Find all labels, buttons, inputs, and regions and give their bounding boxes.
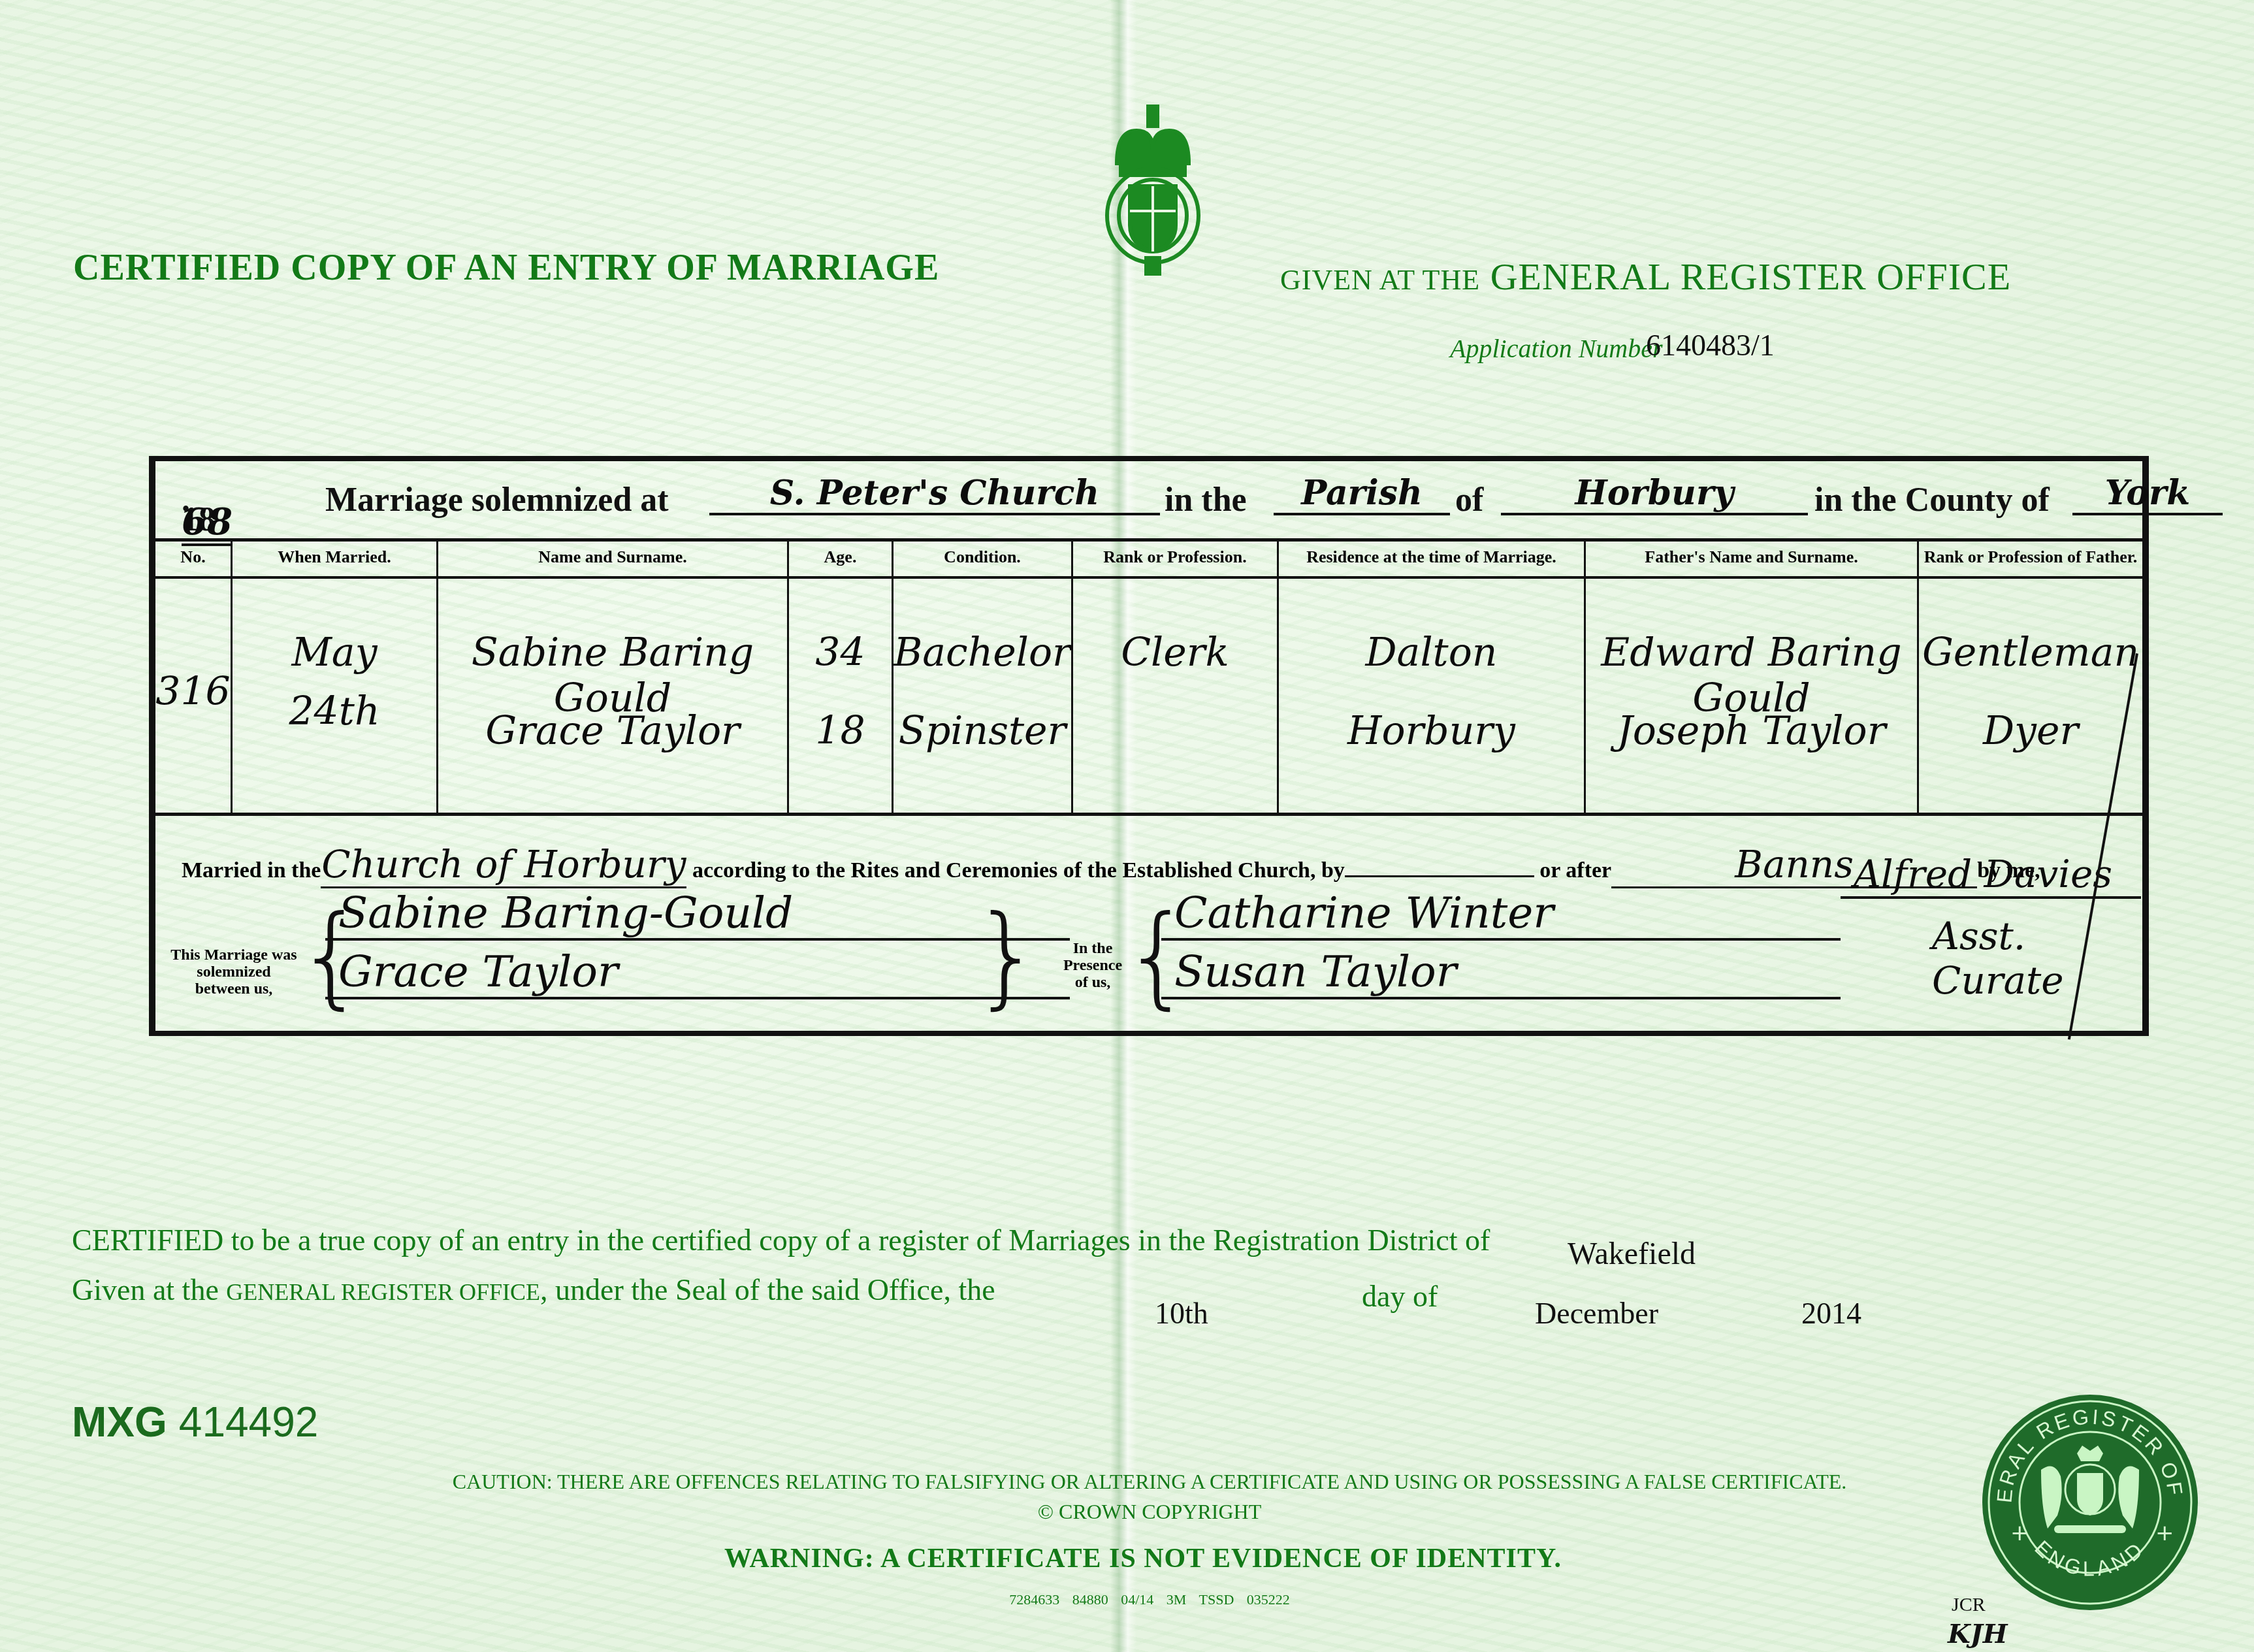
when-married-month: May	[233, 630, 436, 675]
column-header: No.	[155, 538, 231, 579]
bride-father-rank: Dyer	[1919, 708, 2142, 754]
serial-number: 414492	[179, 1399, 319, 1446]
register-attestation: Married in theChurch of Horbury accordin…	[155, 813, 2142, 1031]
married-in-label: Married in the	[182, 858, 321, 883]
given-at-prefix: Given at the	[72, 1273, 219, 1306]
certification-statement: CERTIFIED to be a true copy of an entry …	[72, 1223, 1490, 1257]
parish-value: Horbury	[1501, 473, 1808, 515]
general-register-office-seal-icon: GENERAL REGISTER OFFICE ENGLAND + +	[1979, 1391, 2201, 1613]
solemnized-label: Marriage solemnized at	[325, 481, 669, 519]
bride-age: 18	[789, 708, 892, 754]
column-header: When Married.	[233, 538, 436, 579]
groom-rank: Clerk	[1073, 630, 1277, 675]
register-heading: 1868. Marriage solemnized at S. Peter's …	[155, 461, 2142, 542]
royal-crest-icon	[1097, 101, 1208, 278]
column-header: Rank or Profession of Father.	[1919, 538, 2142, 579]
column-residence: Residence at the time of Marriage. Dalto…	[1279, 538, 1586, 813]
serial-prefix: MXG	[72, 1399, 167, 1446]
marriage-register-entry: 1868. Marriage solemnized at S. Peter's …	[149, 456, 2149, 1036]
witness-signature-1: Catharine Winter	[1161, 888, 1841, 941]
identity-warning: WARNING: A CERTIFICATE IS NOT EVIDENCE O…	[653, 1543, 1633, 1574]
given-at-statement: Given at the General Register Office, un…	[72, 1272, 995, 1307]
groom-father-rank: Gentleman	[1919, 630, 2142, 675]
given-at-office: General Register Office	[226, 1279, 540, 1305]
parish-type-value: Parish	[1274, 473, 1450, 515]
certificate-title: CERTIFIED COPY OF AN ENTRY OF MARRIAGE	[73, 247, 939, 289]
column-age: Age. 34 18	[789, 538, 894, 813]
certificate-serial: MXG414492	[72, 1398, 318, 1446]
svg-text:+: +	[2010, 1520, 2029, 1546]
general-register-office-heading: Given at the GENERAL REGISTER OFFICE	[1280, 255, 2011, 299]
application-number: 6140483/1	[1646, 328, 1775, 363]
right-brace: }	[972, 901, 1042, 1012]
witness-signature-2: Susan Taylor	[1161, 947, 1841, 999]
day-of-label: day of	[1362, 1279, 1438, 1314]
column-header: Rank or Profession.	[1073, 538, 1277, 579]
bride-name: Grace Taylor	[438, 708, 787, 754]
entry-number: 316	[155, 669, 231, 715]
groom-father: Edward Baring Gould	[1586, 630, 1917, 721]
rites-label: according to the Rites and Ceremonies of…	[692, 858, 1345, 883]
married-in-line: Married in theChurch of Horbury accordin…	[182, 842, 2040, 888]
clerk-signature: KJH	[1948, 1619, 2007, 1649]
column-no: No. 316	[155, 538, 233, 813]
column-rank: Rank or Profession. Clerk	[1073, 538, 1279, 813]
column-condition: Condition. Bachelor Spinster	[894, 538, 1073, 813]
column-father-rank: Rank or Profession of Father. Gentleman …	[1919, 538, 2142, 813]
when-married-day: 24th	[233, 688, 436, 734]
or-after-value: Banns	[1735, 842, 1854, 886]
column-header: Age.	[789, 538, 892, 579]
groom-age: 34	[789, 630, 892, 675]
registration-district: Wakefield	[1568, 1236, 1696, 1272]
officiant-title: Asst. Curate	[1932, 914, 2142, 1003]
county-label: in the County of	[1814, 481, 2050, 519]
presence-label: In the Presence of us,	[1057, 940, 1129, 991]
bride-father: Joseph Taylor	[1586, 708, 1917, 754]
bride-residence: Horbury	[1279, 708, 1584, 754]
issue-month: December	[1535, 1296, 1658, 1331]
groom-condition: Bachelor	[894, 630, 1071, 675]
county-value: York	[2072, 473, 2223, 515]
issue-day: 10th	[1155, 1296, 1208, 1331]
or-after-label: or after	[1539, 858, 1611, 883]
in-the-label: in the	[1165, 481, 1247, 519]
year: 1868.	[182, 481, 190, 519]
application-number-label: Application Number	[1450, 333, 1663, 364]
given-at-suffix: , under the Seal of the said Office, the	[540, 1273, 995, 1306]
column-name: Name and Surname. Sabine Baring Gould Gr…	[438, 538, 789, 813]
column-when-married: When Married. May 24th	[233, 538, 438, 813]
column-header: Condition.	[894, 538, 1071, 579]
column-header: Residence at the time of Marriage.	[1279, 538, 1584, 579]
of-label: of	[1455, 481, 1483, 519]
groom-residence: Dalton	[1279, 630, 1584, 675]
svg-text:+: +	[2155, 1520, 2174, 1546]
bride-signature: Grace Taylor	[325, 947, 1070, 999]
between-us-label: This Marriage was solemnized between us,	[169, 947, 299, 997]
column-father-name: Father's Name and Surname. Edward Baring…	[1586, 538, 1919, 813]
register-columns: No. 316 When Married. May 24th Name and …	[155, 538, 2142, 813]
heading-office: GENERAL REGISTER OFFICE	[1490, 255, 2011, 298]
married-in-value: Church of Horbury	[321, 842, 686, 886]
bride-condition: Spinster	[894, 708, 1071, 754]
heading-prefix: Given at the	[1280, 264, 1480, 296]
print-code: 7284633 84880 04/14 3M TSSD 035222	[914, 1591, 1385, 1608]
clerk-initials: JCR	[1952, 1594, 1986, 1616]
column-header: Father's Name and Surname.	[1586, 538, 1917, 579]
groom-signature: Sabine Baring-Gould	[325, 888, 1070, 941]
place-value: S. Peter's Church	[709, 473, 1160, 515]
column-header: Name and Surname.	[438, 538, 787, 579]
groom-name: Sabine Baring Gould	[438, 630, 787, 721]
caution-notice: CAUTION: THERE ARE OFFENCES RELATING TO …	[451, 1466, 1848, 1527]
issue-year: 2014	[1801, 1296, 1861, 1331]
